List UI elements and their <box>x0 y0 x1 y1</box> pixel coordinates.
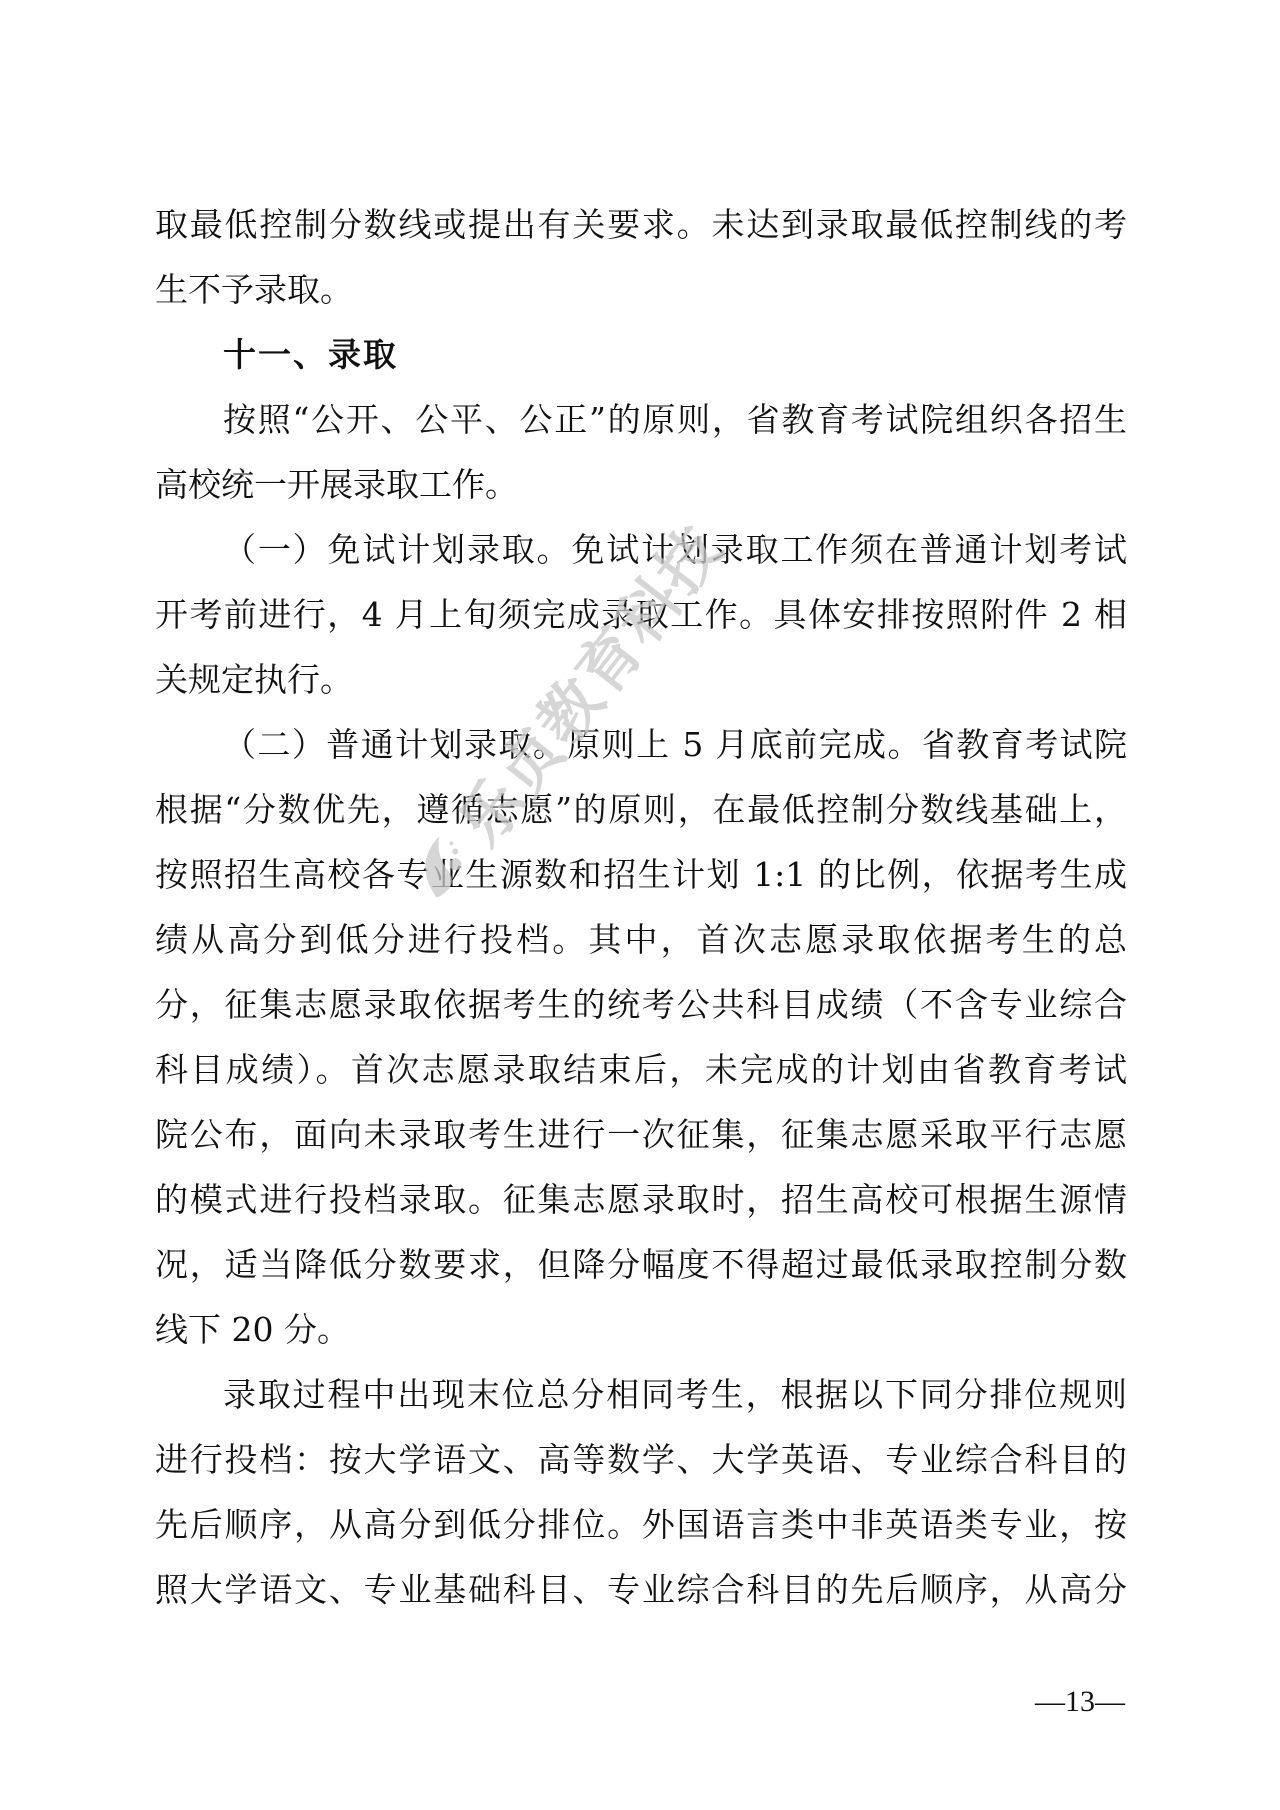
text-line: 取最低控制分数线或提出有关要求。未达到录取最低控制线的考 <box>155 203 1127 247</box>
document-page: 取最低控制分数线或提出有关要求。未达到录取最低控制线的考 生不予录取。 十一、录… <box>0 0 1280 1810</box>
text-line: 按照“公开、公平、公正”的原则，省教育考试院组织各招生 <box>223 398 1127 442</box>
section-heading: 十一、录取 <box>223 333 1127 377</box>
text-line: 科目成绩）。首次志愿录取结束后，未完成的计划由省教育考试 <box>155 1048 1127 1092</box>
text-line: 分，征集志愿录取依据考生的统考公共科目成绩（不含专业综合 <box>155 983 1127 1027</box>
text-line: 关规定执行。 <box>155 658 1127 702</box>
text-line: 线下 20 分。 <box>155 1308 1127 1352</box>
text-line: 照大学语文、专业基础科目、专业综合科目的先后顺序，从高分 <box>155 1568 1127 1612</box>
text-line: 院公布，面向未录取考生进行一次征集，征集志愿采取平行志愿 <box>155 1113 1127 1157</box>
text-line: 绩从高分到低分进行投档。其中，首次志愿录取依据考生的总 <box>155 918 1127 962</box>
text-line: 录取过程中出现末位总分相同考生，根据以下同分排位规则 <box>223 1373 1127 1417</box>
text-line: 根据“分数优先，遵循志愿”的原则，在最低控制分数线基础上， <box>155 788 1127 832</box>
text-line: 高校统一开展录取工作。 <box>155 463 1127 507</box>
text-line: 的模式进行投档录取。征集志愿录取时，招生高校可根据生源情 <box>155 1178 1127 1222</box>
subsection-line: （二）普通计划录取。原则上 5 月底前完成。省教育考试院 <box>223 723 1127 767</box>
text-line: 先后顺序，从高分到低分排位。外国语言类中非英语类专业，按 <box>155 1503 1127 1547</box>
text-line: 按照招生高校各专业生源数和招生计划 1:1 的比例，依据考生成 <box>155 853 1127 897</box>
subsection-line: （一）免试计划录取。免试计划录取工作须在普通计划考试 <box>223 528 1127 572</box>
page-number: —13— <box>1030 1682 1130 1722</box>
text-line: 进行投档：按大学语文、高等数学、大学英语、专业综合科目的 <box>155 1438 1127 1482</box>
text-line: 开考前进行，4 月上旬须完成录取工作。具体安排按照附件 2 相 <box>155 593 1127 637</box>
text-line: 生不予录取。 <box>155 268 1127 312</box>
text-line: 况，适当降低分数要求，但降分幅度不得超过最低录取控制分数 <box>155 1243 1127 1287</box>
